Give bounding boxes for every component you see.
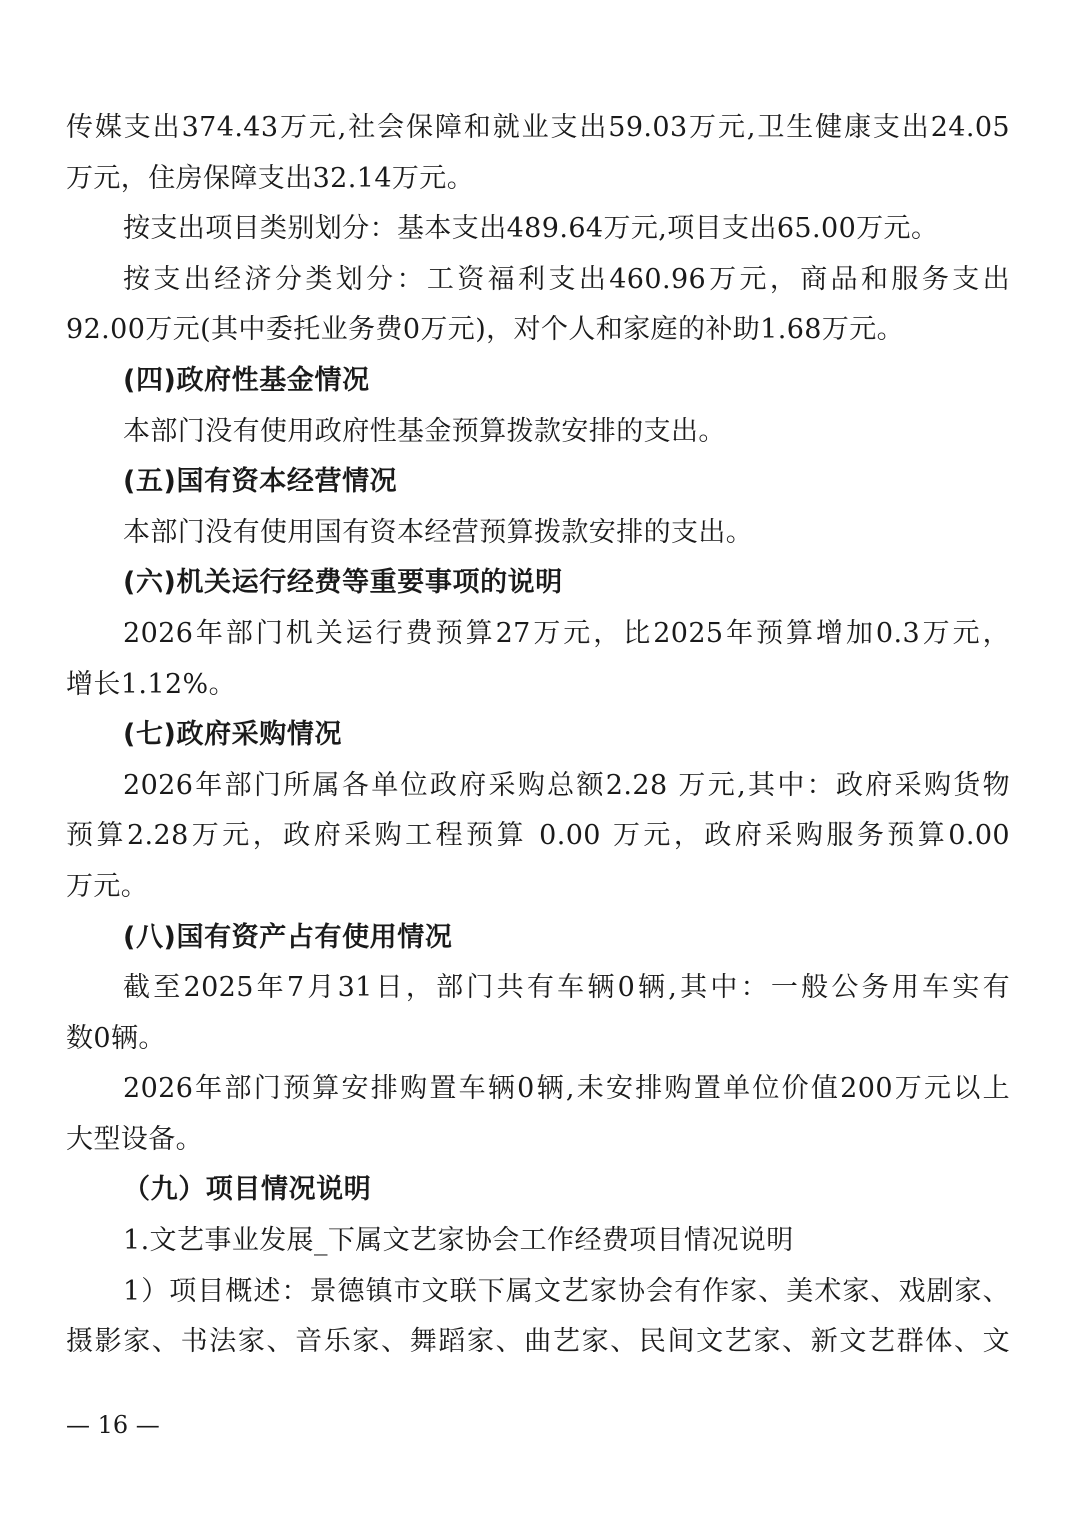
body-text-line: 2026年部门预算安排购置车辆0辆,未安排购置单位价值200万元以上 [66, 1064, 1010, 1115]
body-text-line: 截至2025年7月31日，部门共有车辆0辆,其中：一般公务用车实有 [66, 963, 1010, 1014]
section-heading-state-capital: (五)国有资本经营情况 [66, 457, 1010, 508]
section-heading-operating-expenses: (六)机关运行经费等重要事项的说明 [66, 558, 1010, 609]
body-text-line: 万元，住房保障支出32.14万元。 [66, 154, 1010, 205]
body-text-line: 本部门没有使用政府性基金预算拨款安排的支出。 [66, 407, 1010, 458]
body-text-line: 摄影家、书法家、音乐家、舞蹈家、曲艺家、民间文艺家、新文艺群体、文 [66, 1317, 1010, 1368]
body-text-line: 2026年部门机关运行费预算27万元，比2025年预算增加0.3万元， [66, 609, 1010, 660]
body-text-line: 传媒支出374.43万元,社会保障和就业支出59.03万元,卫生健康支出24.0… [66, 103, 1010, 154]
body-text-line: 预算2.28万元，政府采购工程预算 0.00 万元，政府采购服务预算0.00 [66, 811, 1010, 862]
body-text-line: 万元。 [66, 862, 1010, 913]
body-text-line: 按支出项目类别划分：基本支出489.64万元,项目支出65.00万元。 [66, 204, 1010, 255]
body-text-line: 增长1.12%。 [66, 660, 1010, 711]
section-heading-procurement: (七)政府采购情况 [66, 710, 1010, 761]
body-text-line: 92.00万元(其中委托业务费0万元)，对个人和家庭的补助1.68万元。 [66, 305, 1010, 356]
section-heading-government-fund: (四)政府性基金情况 [66, 356, 1010, 407]
body-text-line: 按支出经济分类划分：工资福利支出460.96万元，商品和服务支出 [66, 255, 1010, 306]
body-text-line: 1）项目概述：景德镇市文联下属文艺家协会有作家、美术家、戏剧家、 [66, 1267, 1010, 1318]
section-heading-state-assets: (八)国有资产占有使用情况 [66, 913, 1010, 964]
body-text-line: 数0辆。 [66, 1014, 1010, 1065]
body-text-line: 2026年部门所属各单位政府采购总额2.28 万元,其中：政府采购货物 [66, 761, 1010, 812]
body-text-line: 本部门没有使用国有资本经营预算拨款安排的支出。 [66, 508, 1010, 559]
section-heading-projects: （九）项目情况说明 [66, 1165, 1010, 1216]
body-text-line: 大型设备。 [66, 1115, 1010, 1166]
page-number: — 16 — [66, 1411, 160, 1439]
body-text-line: 1.文艺事业发展_下属文艺家协会工作经费项目情况说明 [66, 1216, 1010, 1267]
document-page: 传媒支出374.43万元,社会保障和就业支出59.03万元,卫生健康支出24.0… [66, 103, 1010, 1368]
